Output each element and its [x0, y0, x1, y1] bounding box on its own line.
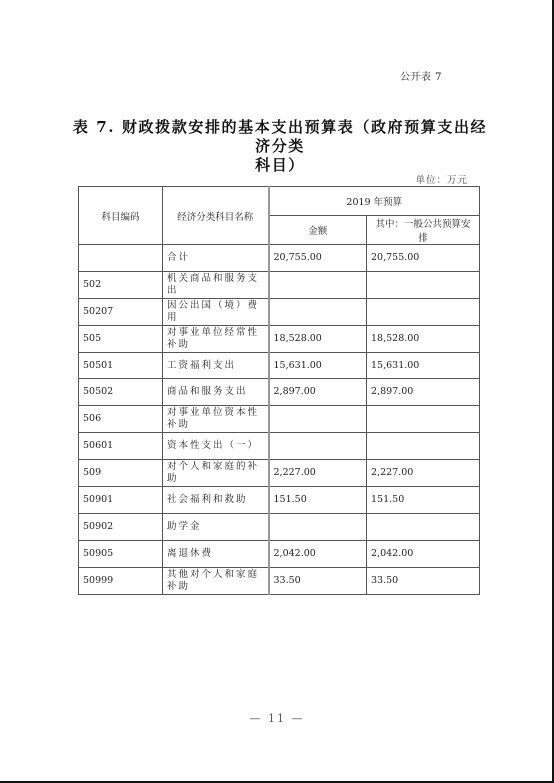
cell-name: 资本性支出（一） [163, 433, 269, 460]
header-code: 科目编码 [79, 187, 163, 245]
cell-general: 20,755.00 [367, 245, 480, 272]
cell-name: 助学金 [163, 513, 269, 540]
table-row: 505对事业单位经常性补助18,528.0018,528.00 [79, 325, 480, 352]
table-row: 502机关商品和服务支出 [79, 271, 480, 298]
cell-amount [269, 513, 367, 540]
cell-amount [269, 406, 367, 433]
cell-name: 对事业单位资本性补助 [163, 406, 269, 433]
cell-general: 33.50 [367, 567, 480, 594]
cell-code: 50905 [79, 540, 163, 567]
cell-name: 离退休费 [163, 540, 269, 567]
header-name: 经济分类科目名称 [163, 187, 269, 245]
cell-amount: 20,755.00 [269, 245, 367, 272]
cell-amount: 151.50 [269, 487, 367, 514]
table-row: 509对个人和家庭的补助2,227.002,227.00 [79, 460, 480, 487]
cell-amount: 2,227.00 [269, 460, 367, 487]
cell-code: 50999 [79, 567, 163, 594]
table-row: 50601资本性支出（一） [79, 433, 480, 460]
header-year-group: 2019 年预算 [269, 187, 480, 216]
cell-code: 505 [79, 325, 163, 352]
header-general-budget: 其中：一般公共预算安排 [367, 216, 480, 245]
cell-amount [269, 298, 367, 325]
cell-general [367, 298, 480, 325]
budget-table: 科目编码 经济分类科目名称 2019 年预算 金额 其中：一般公共预算安排 合计… [78, 186, 480, 595]
table-row: 50501工资福利支出15,631.0015,631.00 [79, 352, 480, 379]
cell-amount [269, 433, 367, 460]
cell-code: 50901 [79, 487, 163, 514]
cell-code: 50502 [79, 379, 163, 406]
cell-code: 50902 [79, 513, 163, 540]
table-row: 50999其他对个人和家庭补助33.5033.50 [79, 567, 480, 594]
cell-amount: 33.50 [269, 567, 367, 594]
cell-code: 50601 [79, 433, 163, 460]
cell-general: 2,042.00 [367, 540, 480, 567]
cell-code [79, 245, 163, 272]
cell-code: 509 [79, 460, 163, 487]
page-number: — 11 — [0, 712, 554, 725]
title-line-1: 表 7. 财政拨款安排的基本支出预算表（政府预算支出经济分类 [70, 118, 490, 156]
cell-general [367, 513, 480, 540]
table-row: 50905离退休费2,042.002,042.00 [79, 540, 480, 567]
cell-name: 合计 [163, 245, 269, 272]
cell-general: 18,528.00 [367, 325, 480, 352]
cell-general [367, 271, 480, 298]
cell-general: 15,631.00 [367, 352, 480, 379]
cell-name: 工资福利支出 [163, 352, 269, 379]
cell-general [367, 433, 480, 460]
cell-name: 商品和服务支出 [163, 379, 269, 406]
cell-general: 2,897.00 [367, 379, 480, 406]
cell-amount: 2,897.00 [269, 379, 367, 406]
cell-amount: 15,631.00 [269, 352, 367, 379]
cell-code: 506 [79, 406, 163, 433]
table-row: 50902助学金 [79, 513, 480, 540]
cell-general: 151.50 [367, 487, 480, 514]
cell-name: 机关商品和服务支出 [163, 271, 269, 298]
table-row: 506对事业单位资本性补助 [79, 406, 480, 433]
table-row: 50502商品和服务支出2,897.002,897.00 [79, 379, 480, 406]
cell-general [367, 406, 480, 433]
cell-name: 其他对个人和家庭补助 [163, 567, 269, 594]
table-row: 50901社会福利和救助151.50151.50 [79, 487, 480, 514]
table-row: 合计20,755.0020,755.00 [79, 245, 480, 272]
cell-amount: 18,528.00 [269, 325, 367, 352]
cell-name: 社会福利和救助 [163, 487, 269, 514]
cell-code: 502 [79, 271, 163, 298]
cell-amount: 2,042.00 [269, 540, 367, 567]
cell-code: 50207 [79, 298, 163, 325]
document-tag: 公开表 7 [400, 68, 442, 83]
header-amount: 金额 [269, 216, 367, 245]
cell-name: 对事业单位经常性补助 [163, 325, 269, 352]
page-title: 表 7. 财政拨款安排的基本支出预算表（政府预算支出经济分类 科目） [70, 118, 490, 175]
table-row: 50207因公出国（境）费用 [79, 298, 480, 325]
cell-name: 对个人和家庭的补助 [163, 460, 269, 487]
unit-label: 单位：万元 [415, 172, 468, 186]
cell-general: 2,227.00 [367, 460, 480, 487]
cell-code: 50501 [79, 352, 163, 379]
cell-name: 因公出国（境）费用 [163, 298, 269, 325]
cell-amount [269, 271, 367, 298]
